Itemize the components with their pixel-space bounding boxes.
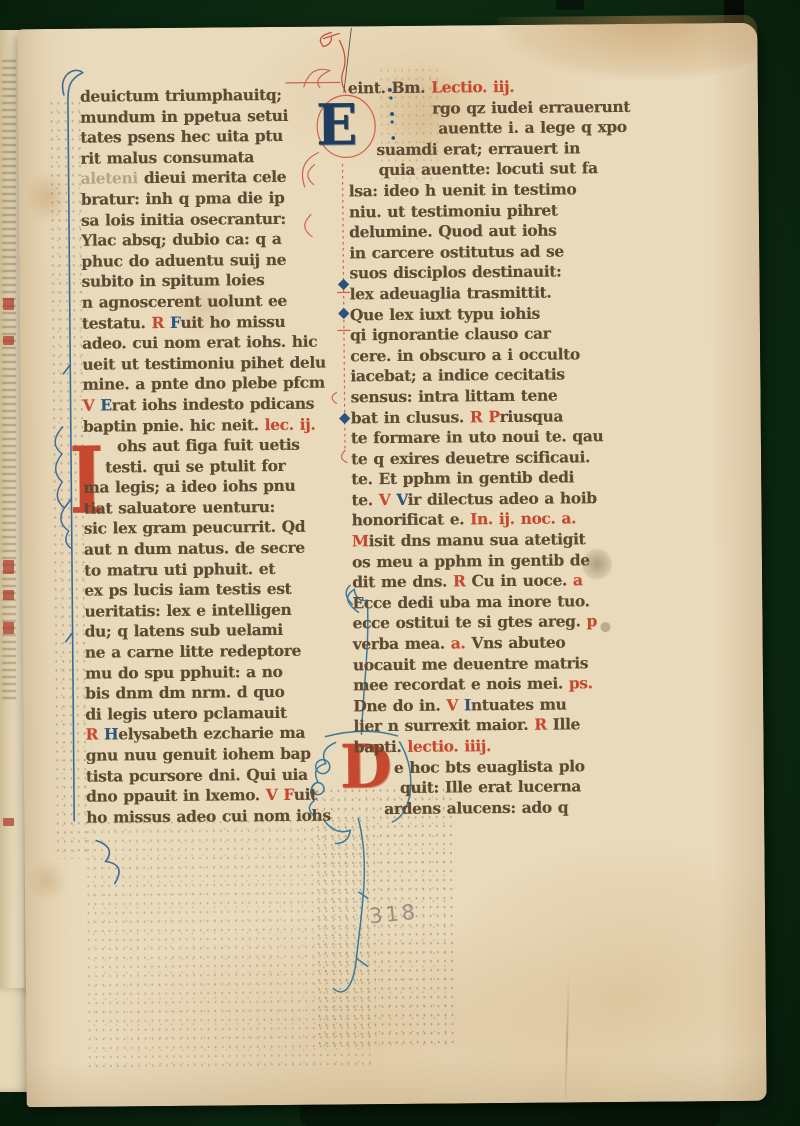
manuscript-text-line: dit me dns. R Cu in uoce. a <box>352 570 652 593</box>
manuscript-text-line: gnu nuu genuit iohem bap <box>86 743 354 766</box>
body-text: ntuates mu <box>471 694 567 714</box>
blue-capital: V <box>396 490 408 509</box>
facing-page-rubric-mark <box>3 336 14 345</box>
body-text: Vns abuteo <box>471 633 565 653</box>
body-text: mundum in ppetua setui <box>80 105 288 126</box>
manuscript-text-line: baptin pnie. hic neit. lec. ij. <box>83 414 351 437</box>
stain <box>497 15 758 81</box>
manuscript-text-line: tates psens hec uita ptu <box>80 126 348 149</box>
body-text: niu. ut testimoniu pihret <box>349 200 558 221</box>
body-text: dno ppauit in lxemo. <box>86 785 266 806</box>
body-text: e hoc bts euaglista plo <box>394 756 585 777</box>
rubric-text: lectio. iiij. <box>407 736 491 756</box>
manuscript-text-line: delumine. Quod aut iohs <box>349 220 649 243</box>
body-text: cere. in obscuro a i occulto <box>350 344 580 365</box>
manuscript-text-line: lex adeuaglia trasmittit. <box>350 282 650 305</box>
facing-page-rubric-mark <box>3 622 14 634</box>
manuscript-text-line: uocauit me deuentre matris <box>353 652 653 675</box>
body-text: phuc do aduentu suij ne <box>81 250 286 271</box>
body-text: adeo. cui nom erat iohs. hic <box>82 332 317 353</box>
body-text: elysabeth ezcharie ma <box>118 723 305 744</box>
manuscript-text-line: R Helysabeth ezcharie ma <box>85 723 353 746</box>
body-text: deuictum triumphauitq; <box>80 85 282 106</box>
manuscript-text-line: te. V Vir dilectus adeo a hoib <box>351 488 651 511</box>
body-text: quia auentte: locuti sut fa <box>378 159 597 180</box>
rubric-text: ps. <box>569 673 593 692</box>
facing-page-rubric-mark <box>3 590 14 600</box>
manuscript-text-line: auentte i. a lege q xpo <box>348 117 648 140</box>
body-text: verba mea. <box>353 634 451 654</box>
body-text: delumine. Quod aut iohs <box>349 221 556 242</box>
body-text: bratur: inh q pma die ip <box>81 188 285 209</box>
body-text: mu do spu pphuit: a no <box>85 662 283 683</box>
body-text: to matru uti pphuit. et <box>84 559 275 580</box>
manuscript-text-line: Dne do in. V Intuates mu <box>353 694 653 717</box>
facing-page-text-showthrough <box>2 60 16 700</box>
body-text: uit ho missu <box>180 311 285 331</box>
body-text: uit <box>294 785 317 804</box>
text-column-left: deuictum triumphauitq;mundum in ppetua s… <box>80 84 354 828</box>
manuscript-text-line: sensus: intra littam tene <box>350 385 650 408</box>
background-shadow-mark <box>556 0 584 10</box>
body-text: rgo qz iudei errauerunt <box>432 97 630 118</box>
manuscript-text-line: du; q latens sub uelami <box>84 620 352 643</box>
manuscript-text-line: ueit ut testimoniu pihet delu <box>82 352 350 375</box>
manuscript-text-line: ne a carne litte redeptore <box>85 640 353 663</box>
rubric-text: V <box>379 490 397 509</box>
body-text: sa lois initia osecrantur: <box>81 208 286 229</box>
body-text: Ille <box>553 715 580 734</box>
stain <box>25 169 69 225</box>
manuscript-text-line: lsa: ideo h uenit in testimo <box>349 179 649 202</box>
body-text: lex adeuaglia trasmittit. <box>350 283 552 304</box>
facing-page-rubric-mark <box>3 298 14 310</box>
manuscript-text-line: V Erat iohs indesto pdicans <box>83 393 351 416</box>
manuscript-text-line: bapti. lectio. iiij. <box>354 735 654 758</box>
body-text: in carcere ostitutus ad se <box>349 241 564 262</box>
manuscript-text-line: verba mea. a. Vns abuteo <box>353 632 653 655</box>
manuscript-text-line: Que lex iuxt typu iohis <box>350 302 650 325</box>
manuscript-text-line: ohs aut figa fuit uetis <box>83 434 351 457</box>
manuscript-text-line: te q exires deuetre scificaui. <box>351 446 651 469</box>
rubric-text: V <box>446 695 464 714</box>
body-text: ne a carne litte redeptore <box>85 641 301 662</box>
facing-page-rubric-mark <box>3 560 14 574</box>
rubric-text: a <box>573 571 583 590</box>
body-text: ardens alucens: ado q <box>384 797 568 818</box>
manuscript-text-line: adeo. cui nom erat iohs. hic <box>82 331 350 354</box>
manuscript-text-line: testi. qui se ptulit for <box>83 455 351 478</box>
manuscript-text-line: tiat saluatore uenturu: <box>83 496 351 519</box>
body-text: te. Et pphm in gentib dedi <box>351 468 574 489</box>
manuscript-text-line: quia auentte: locuti sut fa <box>348 158 648 181</box>
manuscript-text-line: mine. a pnte dno plebe pfcm <box>82 373 350 396</box>
body-text: aut n dum natus. de secre <box>84 538 305 559</box>
manuscript-page: E I D deuictum triumphauitq;mundum in pp… <box>17 23 766 1107</box>
body-text: Cu in uoce. <box>471 571 573 591</box>
body-text: Que lex iuxt typu iohis <box>350 303 540 324</box>
rubric-text: a. <box>451 633 472 652</box>
body-text: sensus: intra littam tene <box>350 385 557 406</box>
body-text: ex ps lucis iam testis est <box>84 579 291 600</box>
crease-line <box>564 974 569 1099</box>
body-text: sic lex gram peucurrit. Qd <box>84 517 306 538</box>
body-text: tista pcursore dni. Qui uia <box>86 764 308 785</box>
manuscript-text-line: rit malus consumata <box>80 146 348 169</box>
body-text: isit dns manu sua atetigit <box>368 529 585 550</box>
rubric-text: R <box>453 572 472 591</box>
body-text: uocauit me deuentre matris <box>353 653 588 674</box>
body-text: dit me dns. <box>352 572 453 592</box>
manuscript-text-line: ma legis; a ideo iohs pnu <box>83 476 351 499</box>
manuscript-text-line: ho missus adeo cui nom iohs <box>86 805 354 828</box>
body-text: lsa: ideo h uenit in testimo <box>349 179 577 200</box>
manuscript-text-line: qi ignorantie clauso car <box>350 323 650 346</box>
manuscript-text-line: honorificat e. In. ij. noc. a. <box>352 508 652 531</box>
body-text: os meu a pphm in gentib de <box>352 550 590 571</box>
speckle-patch <box>84 816 376 1069</box>
body-text: testi. qui se ptulit for <box>105 456 285 477</box>
manuscript-text-line: sa lois initia osecrantur: <box>81 208 349 231</box>
rubric-text: M <box>352 531 369 550</box>
body-text: mee recordat e nois mei. <box>353 674 569 695</box>
body-text: lier n surrexit maior. <box>353 715 534 736</box>
manuscript-text-line: n agnoscerent uolunt ee <box>82 290 350 313</box>
body-text: Dne do in. <box>353 695 446 715</box>
body-text: aleteni <box>81 169 144 189</box>
body-text: baptin pnie. hic neit. <box>83 415 265 436</box>
body-text: auentte i. a lege q xpo <box>438 117 627 138</box>
folio-number: 318 <box>368 900 419 929</box>
rubric-text: Lectio. iij. <box>431 77 514 97</box>
body-text: ohs aut figa fuit uetis <box>117 435 300 456</box>
rubric-text: p <box>586 612 597 631</box>
rubric-text: R <box>85 725 104 744</box>
stain <box>27 859 67 903</box>
body-text: ir dilectus adeo a hoib <box>408 488 597 509</box>
manuscript-text-line: di legis utero pclamauit <box>85 702 353 725</box>
manuscript-text-line: aut n dum natus. de secre <box>84 537 352 560</box>
body-text: di legis utero pclamauit <box>85 703 286 724</box>
manuscript-text-line: to matru uti pphuit. et <box>84 558 352 581</box>
manuscript-text-line: te. Et pphm in gentib dedi <box>351 467 651 490</box>
body-text: bat in clusus. <box>351 407 470 427</box>
manuscript-text-line: dno ppauit in lxemo. V Fuit <box>86 785 354 808</box>
body-text: ho missus adeo cui nom iohs <box>86 805 331 826</box>
manuscript-text-line: subito in spitum loies <box>81 270 349 293</box>
body-text: ueit ut testimoniu pihet delu <box>82 352 326 373</box>
manuscript-text-line: Ecce dedi uba ma inore tuo. <box>352 591 652 614</box>
body-text: te formare in uto noui te. qau <box>351 426 603 447</box>
rubric-text: R <box>151 312 170 331</box>
manuscript-text-line: mundum in ppetua setui <box>80 105 348 128</box>
manuscript-text-line: rgo qz iudei errauerunt <box>348 96 648 119</box>
manuscript-text-line: Misit dns manu sua atetigit <box>352 529 652 552</box>
body-text: riusqua <box>499 406 563 426</box>
body-text: bis dnm dm nrm. d quo <box>85 682 284 703</box>
body-text: rat iohs indesto pdicans <box>112 394 314 415</box>
manuscript-text-line: ardens alucens: ado q <box>354 797 654 820</box>
text-column-right: eint. Bm. Lectio. iij.rgo qz iudei errau… <box>348 76 654 820</box>
manuscript-text-line: aleteni dieui merita cele <box>81 167 349 190</box>
manuscript-text-line: bat in clusus. R Priusqua <box>351 405 651 428</box>
manuscript-text-line: quit: Ille erat lucerna <box>354 776 654 799</box>
body-text: tiat saluatore uenturu: <box>83 497 274 518</box>
body-text: n agnoscerent uolunt ee <box>82 291 287 312</box>
manuscript-text-line: tista pcursore dni. Qui uia <box>86 764 354 787</box>
body-text: iacebat; a indice cecitatis <box>350 365 564 386</box>
blue-capital: E <box>100 395 112 414</box>
manuscript-text-line: suos disciplos destinauit: <box>349 261 649 284</box>
manuscript-text-line: ex ps lucis iam testis est <box>84 579 352 602</box>
manuscript-text-line: lier n surrexit maior. R Ille <box>353 714 653 737</box>
manuscript-text-line: eint. Bm. Lectio. iij. <box>348 76 648 99</box>
manuscript-text-line: ecce ostitui te si gtes areg. p <box>352 611 652 634</box>
rubric-text: lec. ij. <box>265 414 316 433</box>
blue-capital: F <box>170 312 181 331</box>
body-text: rit malus consumata <box>80 147 254 168</box>
body-text: qi ignorantie clauso car <box>350 324 551 345</box>
rubric-text: V F <box>266 785 294 804</box>
body-text: eint. Bm. <box>348 78 431 98</box>
manuscript-text-line: cere. in obscuro a i occulto <box>350 343 650 366</box>
manuscript-text-line: deuictum triumphauitq; <box>80 84 348 107</box>
body-text: te. <box>351 490 378 509</box>
body-text: ma legis; a ideo iohs pnu <box>83 476 295 497</box>
rubric-text: In. ij. noc. a. <box>470 509 576 529</box>
body-text: Ecce dedi uba ma inore tuo. <box>352 591 589 612</box>
facing-page-rubric-mark <box>3 818 14 826</box>
manuscript-text-line: e hoc bts euaglista plo <box>354 755 654 778</box>
manuscript-text-line: phuc do aduentu suij ne <box>81 249 349 272</box>
manuscript-text-line: Ylac absq; dubio ca: q a <box>81 229 349 252</box>
manuscript-text-line: bratur: inh q pma die ip <box>81 187 349 210</box>
body-text: bapti. <box>354 737 408 756</box>
body-text: dieui merita cele <box>144 167 286 187</box>
body-text: ueritatis: lex e intelligen <box>84 600 291 621</box>
manuscript-text-line: os meu a pphm in gentib de <box>352 549 652 572</box>
manuscript-text-line: sic lex gram peucurrit. Qd <box>84 517 352 540</box>
manuscript-text-line: bis dnm dm nrm. d quo <box>85 682 353 705</box>
manuscript-text-line: in carcere ostitutus ad se <box>349 240 649 263</box>
manuscript-text-line: mee recordat e nois mei. ps. <box>353 673 653 696</box>
manuscript-text-line: niu. ut testimoniu pihret <box>349 199 649 222</box>
body-text: honorificat e. <box>352 510 471 530</box>
manuscript-text-line: testatu. R Fuit ho missu <box>82 311 350 334</box>
body-text: quit: Ille erat lucerna <box>400 777 581 798</box>
body-text: du; q latens sub uelami <box>84 620 282 641</box>
rubric-text: R <box>534 715 553 734</box>
body-text: suos disciplos destinauit: <box>349 262 561 283</box>
manuscript-text-line: suamdi erat; errauert in <box>348 138 648 161</box>
body-text: ecce ostitui te si gtes areg. <box>352 612 586 633</box>
manuscript-text-line: ueritatis: lex e intelligen <box>84 599 352 622</box>
body-text: gnu nuu genuit iohem bap <box>86 744 311 765</box>
body-text: Ylac absq; dubio ca: q a <box>81 229 281 250</box>
body-text: subito in spitum loies <box>81 270 264 291</box>
body-text: mine. a pnte dno plebe pfcm <box>82 373 324 394</box>
body-text: te q exires deuetre scificaui. <box>351 447 590 468</box>
body-text: suamdi erat; errauert in <box>376 138 580 159</box>
manuscript-text-line: iacebat; a indice cecitatis <box>350 364 650 387</box>
body-text: testatu. <box>82 313 152 333</box>
rubric-text: V <box>83 395 101 414</box>
rubric-text: R P <box>470 407 500 426</box>
manuscript-text-line: te formare in uto noui te. qau <box>351 426 651 449</box>
blue-capital: H <box>104 725 118 744</box>
initial-i-flourish <box>55 427 72 549</box>
body-text: tates psens hec uita ptu <box>80 126 283 147</box>
manuscript-text-line: mu do spu pphuit: a no <box>85 661 353 684</box>
